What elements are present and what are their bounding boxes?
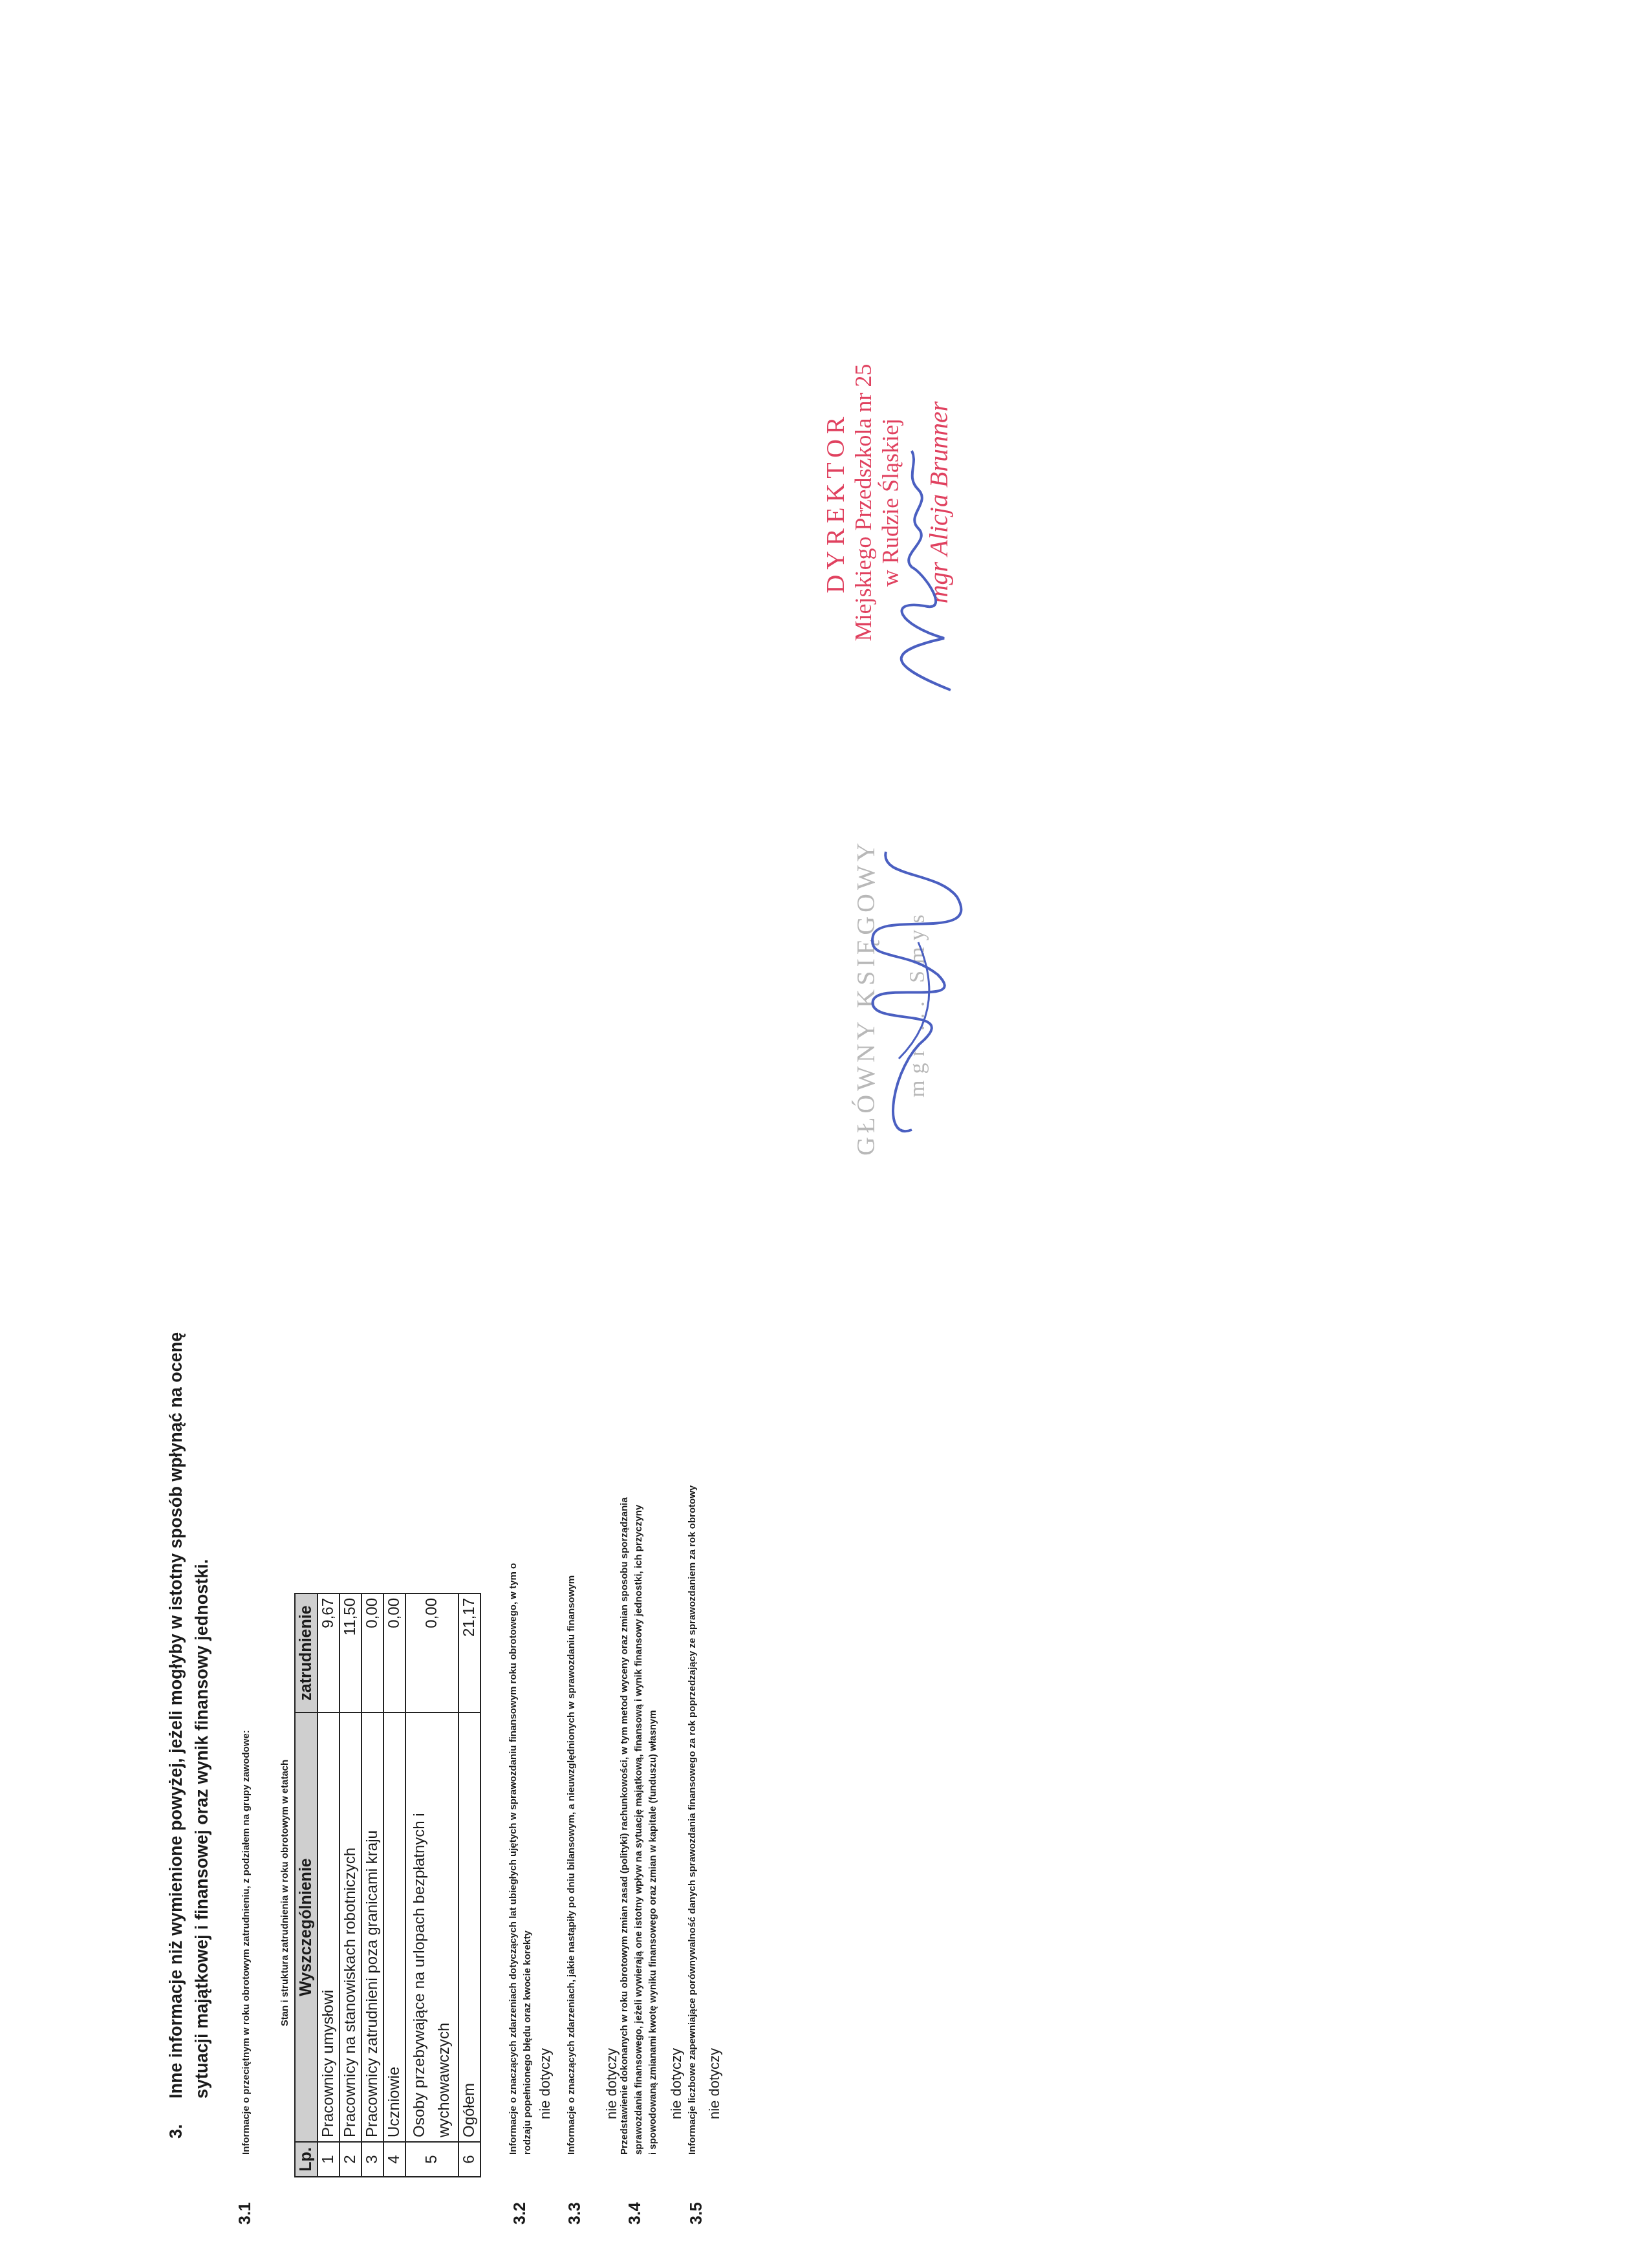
document-page: 3. Inne informacje niż wymienione powyże… <box>0 0 1649 2268</box>
accountant-signature-icon <box>841 832 1009 1156</box>
row-lp: 6 <box>458 2142 480 2177</box>
row-value: 0,00 <box>405 1593 458 1712</box>
section-3-2-answer: nie dotyczy <box>537 2048 554 2119</box>
director-signature-icon <box>873 393 964 703</box>
row-lp: 4 <box>383 2142 405 2177</box>
employment-table: Lp. Wyszczególnienie zatrudnienie 1 Prac… <box>294 1593 481 2177</box>
section-3-4-line1: Przedstawienie dokonanych w roku obrotow… <box>618 1120 632 2155</box>
section-3-4-line2: sprawozdania finansowego, jeżeli wywiera… <box>632 1120 646 2155</box>
row-desc: Pracownicy zatrudnieni poza granicami kr… <box>361 1712 383 2142</box>
section-3-1-number: 3.1 <box>236 2202 255 2225</box>
section-3-4-text: Przedstawienie dokonanych w roku obrotow… <box>618 1120 660 2155</box>
table-row: 5 Osoby przebywające na urlopach bezpłat… <box>405 1593 458 2177</box>
section-3-1-text: Informacje o przeciętnym w roku obrotowy… <box>239 1730 253 2155</box>
section-3-5-text: Informacje liczbowe zapewniające porówny… <box>685 1120 700 2155</box>
director-stamp-title: DYREKTOR <box>821 244 850 761</box>
table-row: 6 Ogółem 21,17 <box>458 1593 480 2177</box>
table-row: 3 Pracownicy zatrudnieni poza granicami … <box>361 1593 383 2177</box>
section-3-5-answer: nie dotyczy <box>706 2048 723 2119</box>
row-desc: Pracownicy na stanowiskach robotniczych <box>339 1712 361 2142</box>
row-desc: Pracownicy umysłowi <box>318 1712 339 2142</box>
col-value: zatrudnienie <box>295 1593 318 1712</box>
section-3-2-line1: Informacje o znaczących zdarzeniach doty… <box>506 1185 521 2155</box>
section-3-title-line2: sytuacji majątkowej i finansowej oraz wy… <box>189 934 215 2099</box>
row-lp: 5 <box>405 2142 458 2177</box>
row-lp: 1 <box>318 2142 339 2177</box>
row-value: 0,00 <box>361 1593 383 1712</box>
row-value: 21,17 <box>458 1593 480 1712</box>
table-caption: Stan i struktura zatrudnienia w roku obr… <box>279 1608 290 2177</box>
section-3-2-line2: rodzaju popełnionego błędu oraz kwocie k… <box>521 1185 535 2155</box>
section-3-title: Inne informacje niż wymienione powyżej, … <box>163 934 215 2099</box>
section-3-5-number: 3.5 <box>687 2202 706 2225</box>
col-lp: Lp. <box>295 2142 318 2177</box>
table-row: 2 Pracownicy na stanowiskach robotniczyc… <box>339 1593 361 2177</box>
row-desc: Osoby przebywające na urlopach bezpłatny… <box>405 1712 458 2142</box>
section-3-title-line1: Inne informacje niż wymienione powyżej, … <box>163 934 189 2099</box>
section-3-4-line3: i spowodowaną zmianami kwotę wyniku fina… <box>646 1120 660 2155</box>
section-3-3-text: Informacje o znaczących zdarzeniach, jak… <box>565 1185 579 2155</box>
section-3-2-text: Informacje o znaczących zdarzeniach doty… <box>506 1185 535 2155</box>
table-header-row: Lp. Wyszczególnienie zatrudnienie <box>295 1593 318 2177</box>
row-value: 9,67 <box>318 1593 339 1712</box>
table-row: 1 Pracownicy umysłowi 9,67 <box>318 1593 339 2177</box>
row-lp: 2 <box>339 2142 361 2177</box>
section-3-number: 3. <box>163 2124 189 2139</box>
section-3-2-number: 3.2 <box>511 2202 530 2225</box>
section-3-4-number: 3.4 <box>626 2202 645 2225</box>
table-row: 4 Uczniowie 0,00 <box>383 1593 405 2177</box>
row-lp: 3 <box>361 2142 383 2177</box>
section-3-3-number: 3.3 <box>566 2202 585 2225</box>
col-desc: Wyszczególnienie <box>295 1712 318 2142</box>
row-desc: Uczniowie <box>383 1712 405 2142</box>
section-3-4-answer: nie dotyczy <box>668 2048 685 2119</box>
row-value: 0,00 <box>383 1593 405 1712</box>
row-desc: Ogółem <box>458 1712 480 2142</box>
row-value: 11,50 <box>339 1593 361 1712</box>
